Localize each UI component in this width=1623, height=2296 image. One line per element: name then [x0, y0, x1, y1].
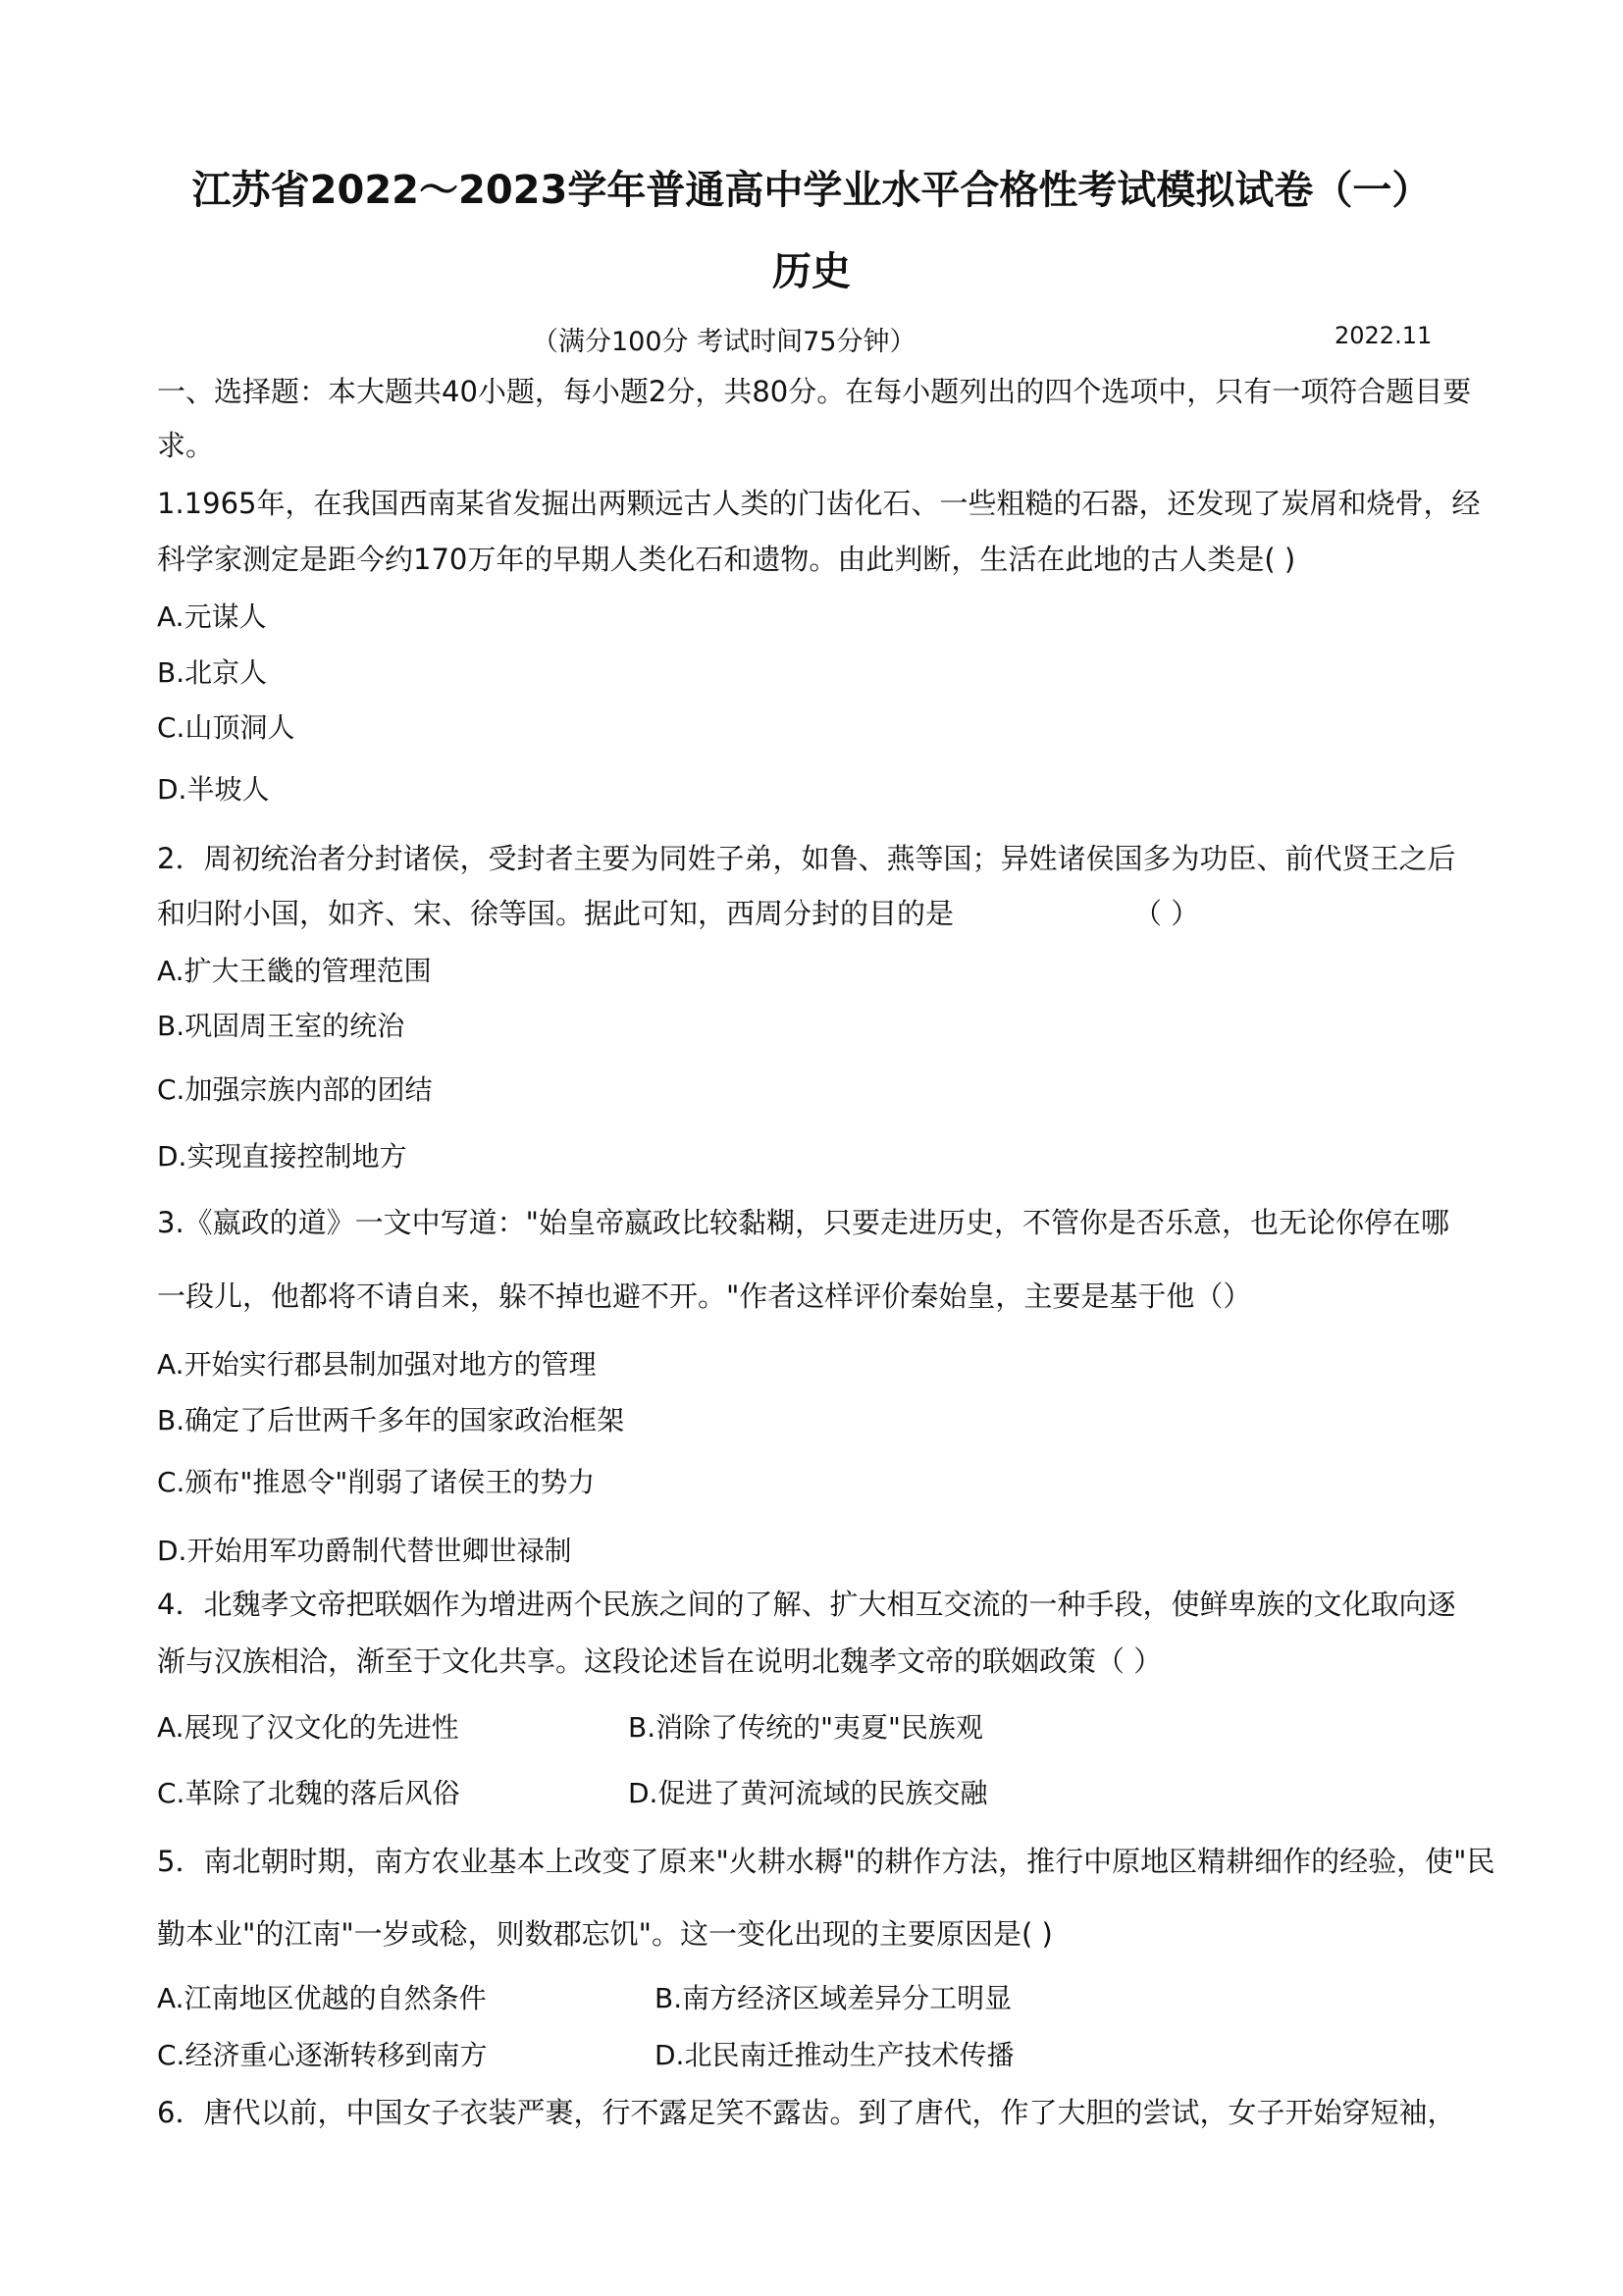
question-2-option-a: A.扩大王畿的管理范围	[157, 954, 432, 989]
question-3-stem-cont: 一段儿，他都将不请自来，躲不掉也避不开。"作者这样评价秦始皇，主要是基于他（）	[157, 1278, 1251, 1314]
question-1-option-c: C.山顶洞人	[157, 710, 294, 746]
question-5-option-b: B.南方经济区域差异分工明显	[654, 1981, 1012, 2016]
question-1-stem: 1.1965年，在我国西南某省发掘出两颗远古人类的门齿化石、一些粗糙的石器，还发…	[157, 486, 1480, 521]
question-1-option-d: D.半坡人	[157, 772, 269, 808]
question-5-option-a: A.江南地区优越的自然条件	[157, 1981, 487, 2016]
question-2-answer-blank: （ ）	[1133, 896, 1199, 931]
exam-meta: （满分100分 考试时间75分钟）	[532, 320, 916, 358]
subject-heading: 历史	[0, 240, 1623, 296]
question-5-option-d: D.北民南迁推动生产技术传播	[654, 2038, 1014, 2073]
question-4-stem: 4．北魏孝文帝把联姻作为增进两个民族之间的了解、扩大相互交流的一种手段，使鲜卑族…	[157, 1587, 1455, 1622]
question-3-option-c: C.颁布"推恩令"削弱了诸侯王的势力	[157, 1465, 595, 1500]
question-3-option-a: A.开始实行郡县制加强对地方的管理	[157, 1347, 597, 1383]
question-2-option-d: D.实现直接控制地方	[157, 1139, 406, 1174]
exam-date: 2022.11	[1335, 322, 1432, 349]
question-4-option-d: D.促进了黄河流域的民族交融	[628, 1776, 987, 1811]
question-1-option-a: A.元谋人	[157, 600, 267, 635]
exam-page: 江苏省2022～2023学年普通高中学业水平合格性考试模拟试卷（一） 历史 （满…	[0, 0, 1623, 2296]
question-5-stem-cont: 勤本业"的江南"一岁或稔，则数郡忘饥"。这一变化出现的主要原因是( )	[157, 1916, 1053, 1952]
question-4-stem-cont: 渐与汉族相洽，渐至于文化共享。这段论述旨在说明北魏孝文帝的联姻政策（ ）	[157, 1644, 1162, 1679]
section-instructions-cont: 求。	[157, 428, 214, 463]
exam-title: 江苏省2022～2023学年普通高中学业水平合格性考试模拟试卷（一）	[0, 159, 1623, 215]
question-2-option-c: C.加强宗族内部的团结	[157, 1072, 432, 1108]
question-2-stem-cont: 和归附小国，如齐、宋、徐等国。据此可知，西周分封的目的是	[157, 896, 954, 931]
question-5-stem: 5．南北朝时期，南方农业基本上改变了原来"火耕水耨"的耕作方法，推行中原地区精耕…	[157, 1844, 1494, 1879]
question-1-option-b: B.北京人	[157, 655, 267, 691]
question-6-stem: 6．唐代以前，中国女子衣装严裹，行不露足笑不露齿。到了唐代，作了大胆的尝试，女子…	[157, 2095, 1455, 2130]
question-3-option-d: D.开始用军功爵制代替世卿世禄制	[157, 1534, 571, 1569]
question-3-option-b: B.确定了后世两千多年的国家政治框架	[157, 1403, 624, 1438]
question-4-option-c: C.革除了北魏的落后风俗	[157, 1776, 459, 1811]
question-3-stem: 3.《嬴政的道》一文中写道："始皇帝嬴政比较黏糊，只要走进历史，不管你是否乐意，…	[157, 1205, 1449, 1240]
section-instructions: 一、选择题：本大题共40小题，每小题2分，共80分。在每小题列出的四个选项中，只…	[157, 374, 1471, 409]
question-2-stem: 2．周初统治者分封诸侯，受封者主要为同姓子弟，如鲁、燕等国；异姓诸侯国多为功臣、…	[157, 841, 1455, 876]
question-1-stem-cont: 科学家测定是距今约170万年的早期人类化石和遗物。由此判断，生活在此地的古人类是…	[157, 542, 1295, 577]
question-2-option-b: B.巩固周王室的统治	[157, 1009, 404, 1044]
question-5-option-c: C.经济重心逐渐转移到南方	[157, 2038, 487, 2073]
question-4-option-b: B.消除了传统的"夷夏"民族观	[628, 1710, 983, 1746]
question-4-option-a: A.展现了汉文化的先进性	[157, 1710, 459, 1746]
